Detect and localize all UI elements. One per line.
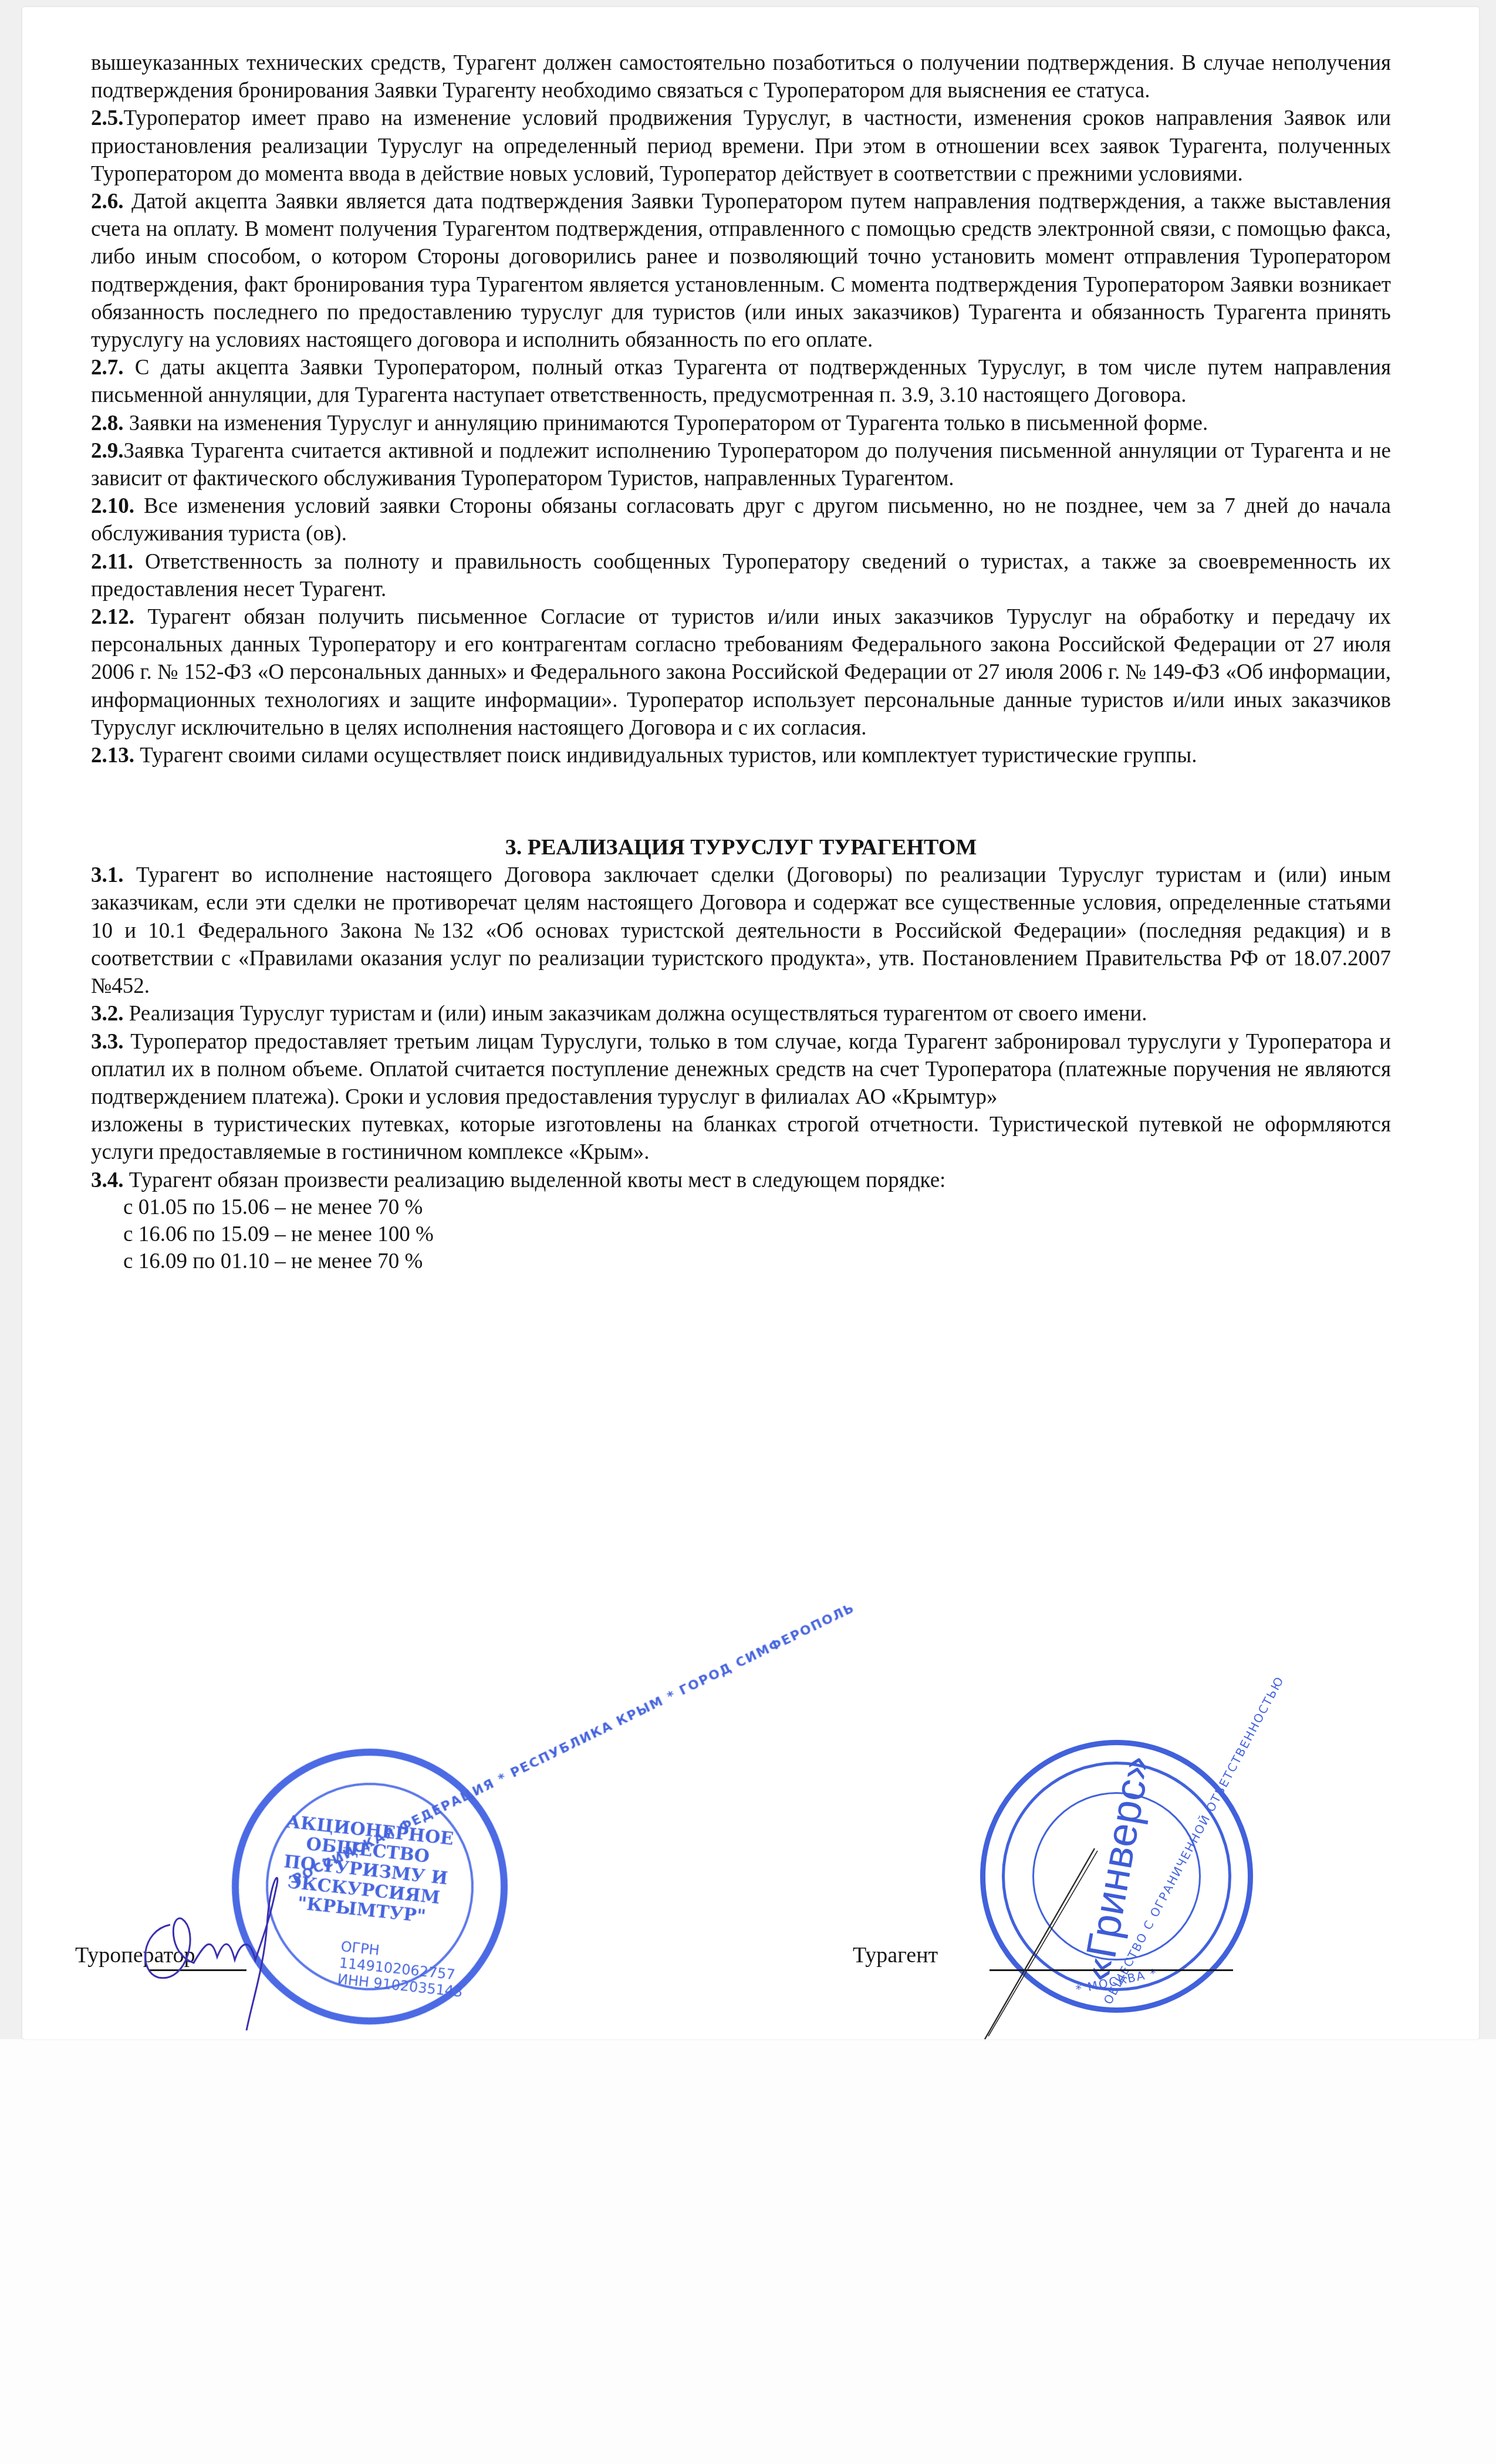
- clause-text: Датой акцепта Заявки является дата подтв…: [91, 190, 1391, 352]
- clause-number: 2.7.: [91, 356, 124, 380]
- quota-item: с 16.06 по 15.09 – не менее 100 %: [91, 1221, 1391, 1248]
- clause-text: Турагент обязан произвести реализацию вы…: [124, 1168, 946, 1192]
- clause-2-13: 2.13. Турагент своими силами осуществляе…: [91, 742, 1391, 769]
- clause-number: 2.6.: [91, 190, 124, 214]
- clause-number: 2.13.: [91, 743, 134, 768]
- clause-text: Турагент обязан получить письменное Согл…: [91, 605, 1391, 740]
- clause-text: Реализация Туруслуг туристам и (или) ины…: [124, 1002, 1147, 1026]
- clause-number: 2.5.: [91, 106, 124, 130]
- clause-text: Заявка Турагента считается активной и по…: [91, 439, 1391, 491]
- quota-item: с 16.09 по 01.10 – не менее 70 %: [91, 1248, 1391, 1275]
- clause-2-9: 2.9.Заявка Турагента считается активной …: [91, 437, 1391, 492]
- clause-3-4: 3.4. Турагент обязан произвести реализац…: [91, 1167, 1391, 1194]
- clause-2-10: 2.10. Все изменения условий заявки Сторо…: [91, 492, 1391, 547]
- clause-number: 2.11.: [91, 550, 133, 574]
- clause-text: Турагент во исполнение настоящего Догово…: [91, 863, 1391, 998]
- clause-2-11: 2.11. Ответственность за полноту и прави…: [91, 548, 1391, 603]
- clause-2-12: 2.12. Турагент обязан получить письменно…: [91, 603, 1391, 742]
- paragraph-continuation: вышеуказанных технических средств, Тураг…: [91, 49, 1391, 104]
- clause-number: 2.10.: [91, 494, 134, 518]
- clause-text: Заявки на изменения Туруслуг и аннуляцию…: [124, 411, 1208, 435]
- clause-number: 3.2.: [91, 1002, 124, 1026]
- clause-3-3-continuation: изложены в туристических путевках, котор…: [91, 1111, 1391, 1166]
- clause-2-6: 2.6. Датой акцепта Заявки является дата …: [91, 188, 1391, 354]
- quota-schedule-list: с 01.05 по 15.06 – не менее 70 % с 16.06…: [91, 1194, 1391, 1275]
- clause-text: Турагент своими силами осуществляет поис…: [134, 743, 1197, 768]
- clause-number: 2.12.: [91, 605, 134, 629]
- clause-text: Туроператор имеет право на изменение усл…: [91, 106, 1391, 185]
- clause-2-7: 2.7. С даты акцепта Заявки Туроператором…: [91, 354, 1391, 409]
- clause-text: изложены в туристических путевках, котор…: [91, 1113, 1391, 1164]
- tour-operator-signature-line: [150, 1969, 246, 1971]
- quota-item: с 01.05 по 15.06 – не менее 70 %: [91, 1194, 1391, 1221]
- clause-number: 2.9.: [91, 439, 124, 463]
- travel-agent-label: Турагент: [853, 1942, 938, 1968]
- clause-number: 3.3.: [91, 1030, 124, 1054]
- section-3-heading: 3. РЕАЛИЗАЦИЯ ТУРУСЛУГ ТУРАГЕНТОМ: [91, 834, 1391, 861]
- section-spacer: [91, 769, 1391, 834]
- document-body: вышеуказанных технических средств, Тураг…: [91, 49, 1391, 1275]
- paragraph-text: вышеуказанных технических средств, Тураг…: [91, 51, 1391, 103]
- clause-number: 3.1.: [91, 863, 124, 887]
- signature-row: Туроператор Турагент: [0, 1942, 1496, 1978]
- clause-text: Туроператор предоставляет третьим лицам …: [91, 1030, 1391, 1109]
- clause-3-3: 3.3. Туроператор предоставляет третьим л…: [91, 1028, 1391, 1111]
- travel-agent-signature-line: [990, 1969, 1233, 1971]
- clause-number: 3.4.: [91, 1168, 124, 1192]
- clause-2-5: 2.5.Туроператор имеет право на изменение…: [91, 104, 1391, 188]
- clause-3-2: 3.2. Реализация Туруслуг туристам и (или…: [91, 1000, 1391, 1027]
- clause-text: Все изменения условий заявки Стороны обя…: [91, 494, 1391, 546]
- clause-2-8: 2.8. Заявки на изменения Туруслуг и анну…: [91, 410, 1391, 437]
- clause-number: 2.8.: [91, 411, 124, 435]
- clause-3-1: 3.1. Турагент во исполнение настоящего Д…: [91, 861, 1391, 1000]
- clause-text: Ответственность за полноту и правильност…: [91, 550, 1391, 601]
- clause-text: С даты акцепта Заявки Туроператором, пол…: [91, 356, 1391, 407]
- tour-operator-label: Туроператор: [75, 1942, 195, 1968]
